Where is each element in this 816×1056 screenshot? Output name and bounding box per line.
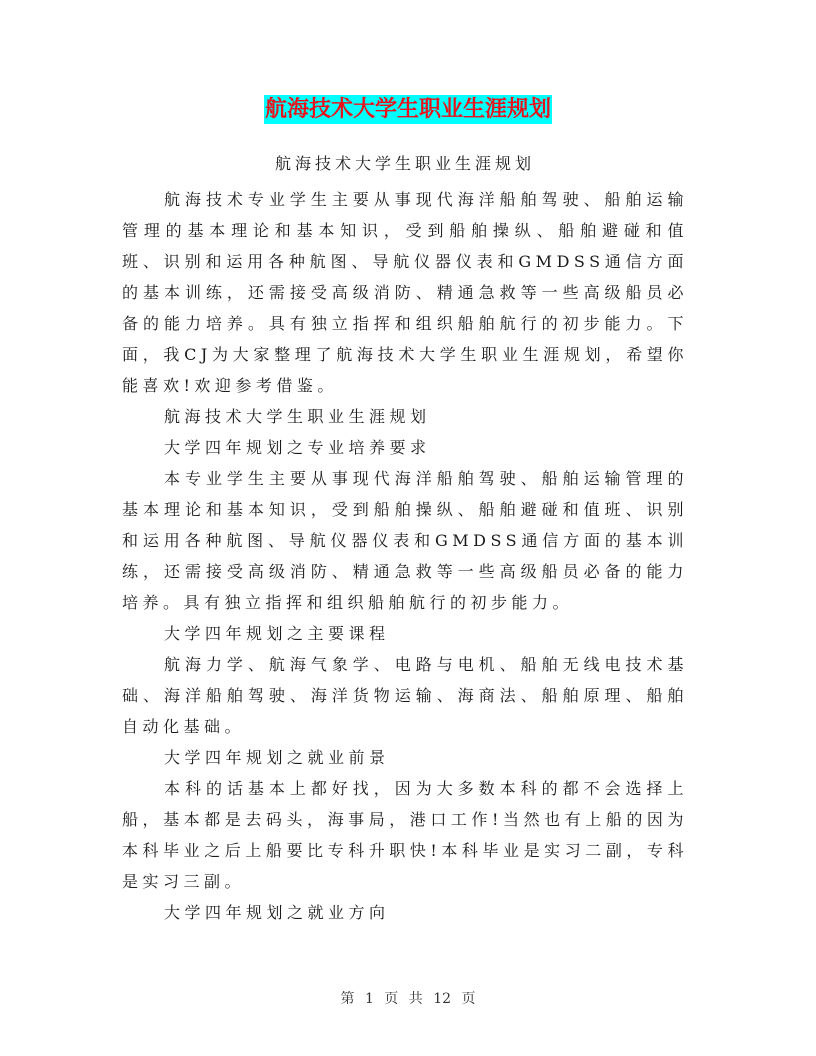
document-body: 航海技术大学生职业生涯规划 航海技术专业学生主要从事现代海洋船舶驾驶、船舶运输管…: [122, 148, 688, 928]
title-container: 航海技术大学生职业生涯规划: [0, 95, 816, 124]
section-heading: 大学四年规划之主要课程: [122, 618, 688, 649]
page-number-label: 第 1 页 共 12 页: [341, 991, 476, 1007]
body-paragraph: 本专业学生主要从事现代海洋船舶驾驶、船舶运输管理的基本理论和基本知识，受到船舶操…: [122, 463, 688, 618]
body-paragraph: 航海力学、航海气象学、电路与电机、船舶无线电技术基础、海洋船舶驾驶、海洋货物运输…: [122, 649, 688, 742]
document-subtitle: 航海技术大学生职业生涯规划: [122, 148, 688, 184]
section-heading: 大学四年规划之就业方向: [122, 897, 688, 928]
document-title: 航海技术大学生职业生涯规划: [264, 95, 552, 124]
intro-paragraph: 航海技术专业学生主要从事现代海洋船舶驾驶、船舶运输管理的基本理论和基本知识，受到…: [122, 184, 688, 401]
section-heading: 大学四年规划之专业培养要求: [122, 432, 688, 463]
document-page: 航海技术大学生职业生涯规划 航海技术大学生职业生涯规划 航海技术专业学生主要从事…: [0, 0, 816, 1056]
section-heading: 航海技术大学生职业生涯规划: [122, 401, 688, 432]
section-heading: 大学四年规划之就业前景: [122, 742, 688, 773]
page-footer: 第 1 页 共 12 页: [0, 988, 816, 1008]
body-paragraph: 本科的话基本上都好找，因为大多数本科的都不会选择上船，基本都是去码头，海事局，港…: [122, 773, 688, 897]
